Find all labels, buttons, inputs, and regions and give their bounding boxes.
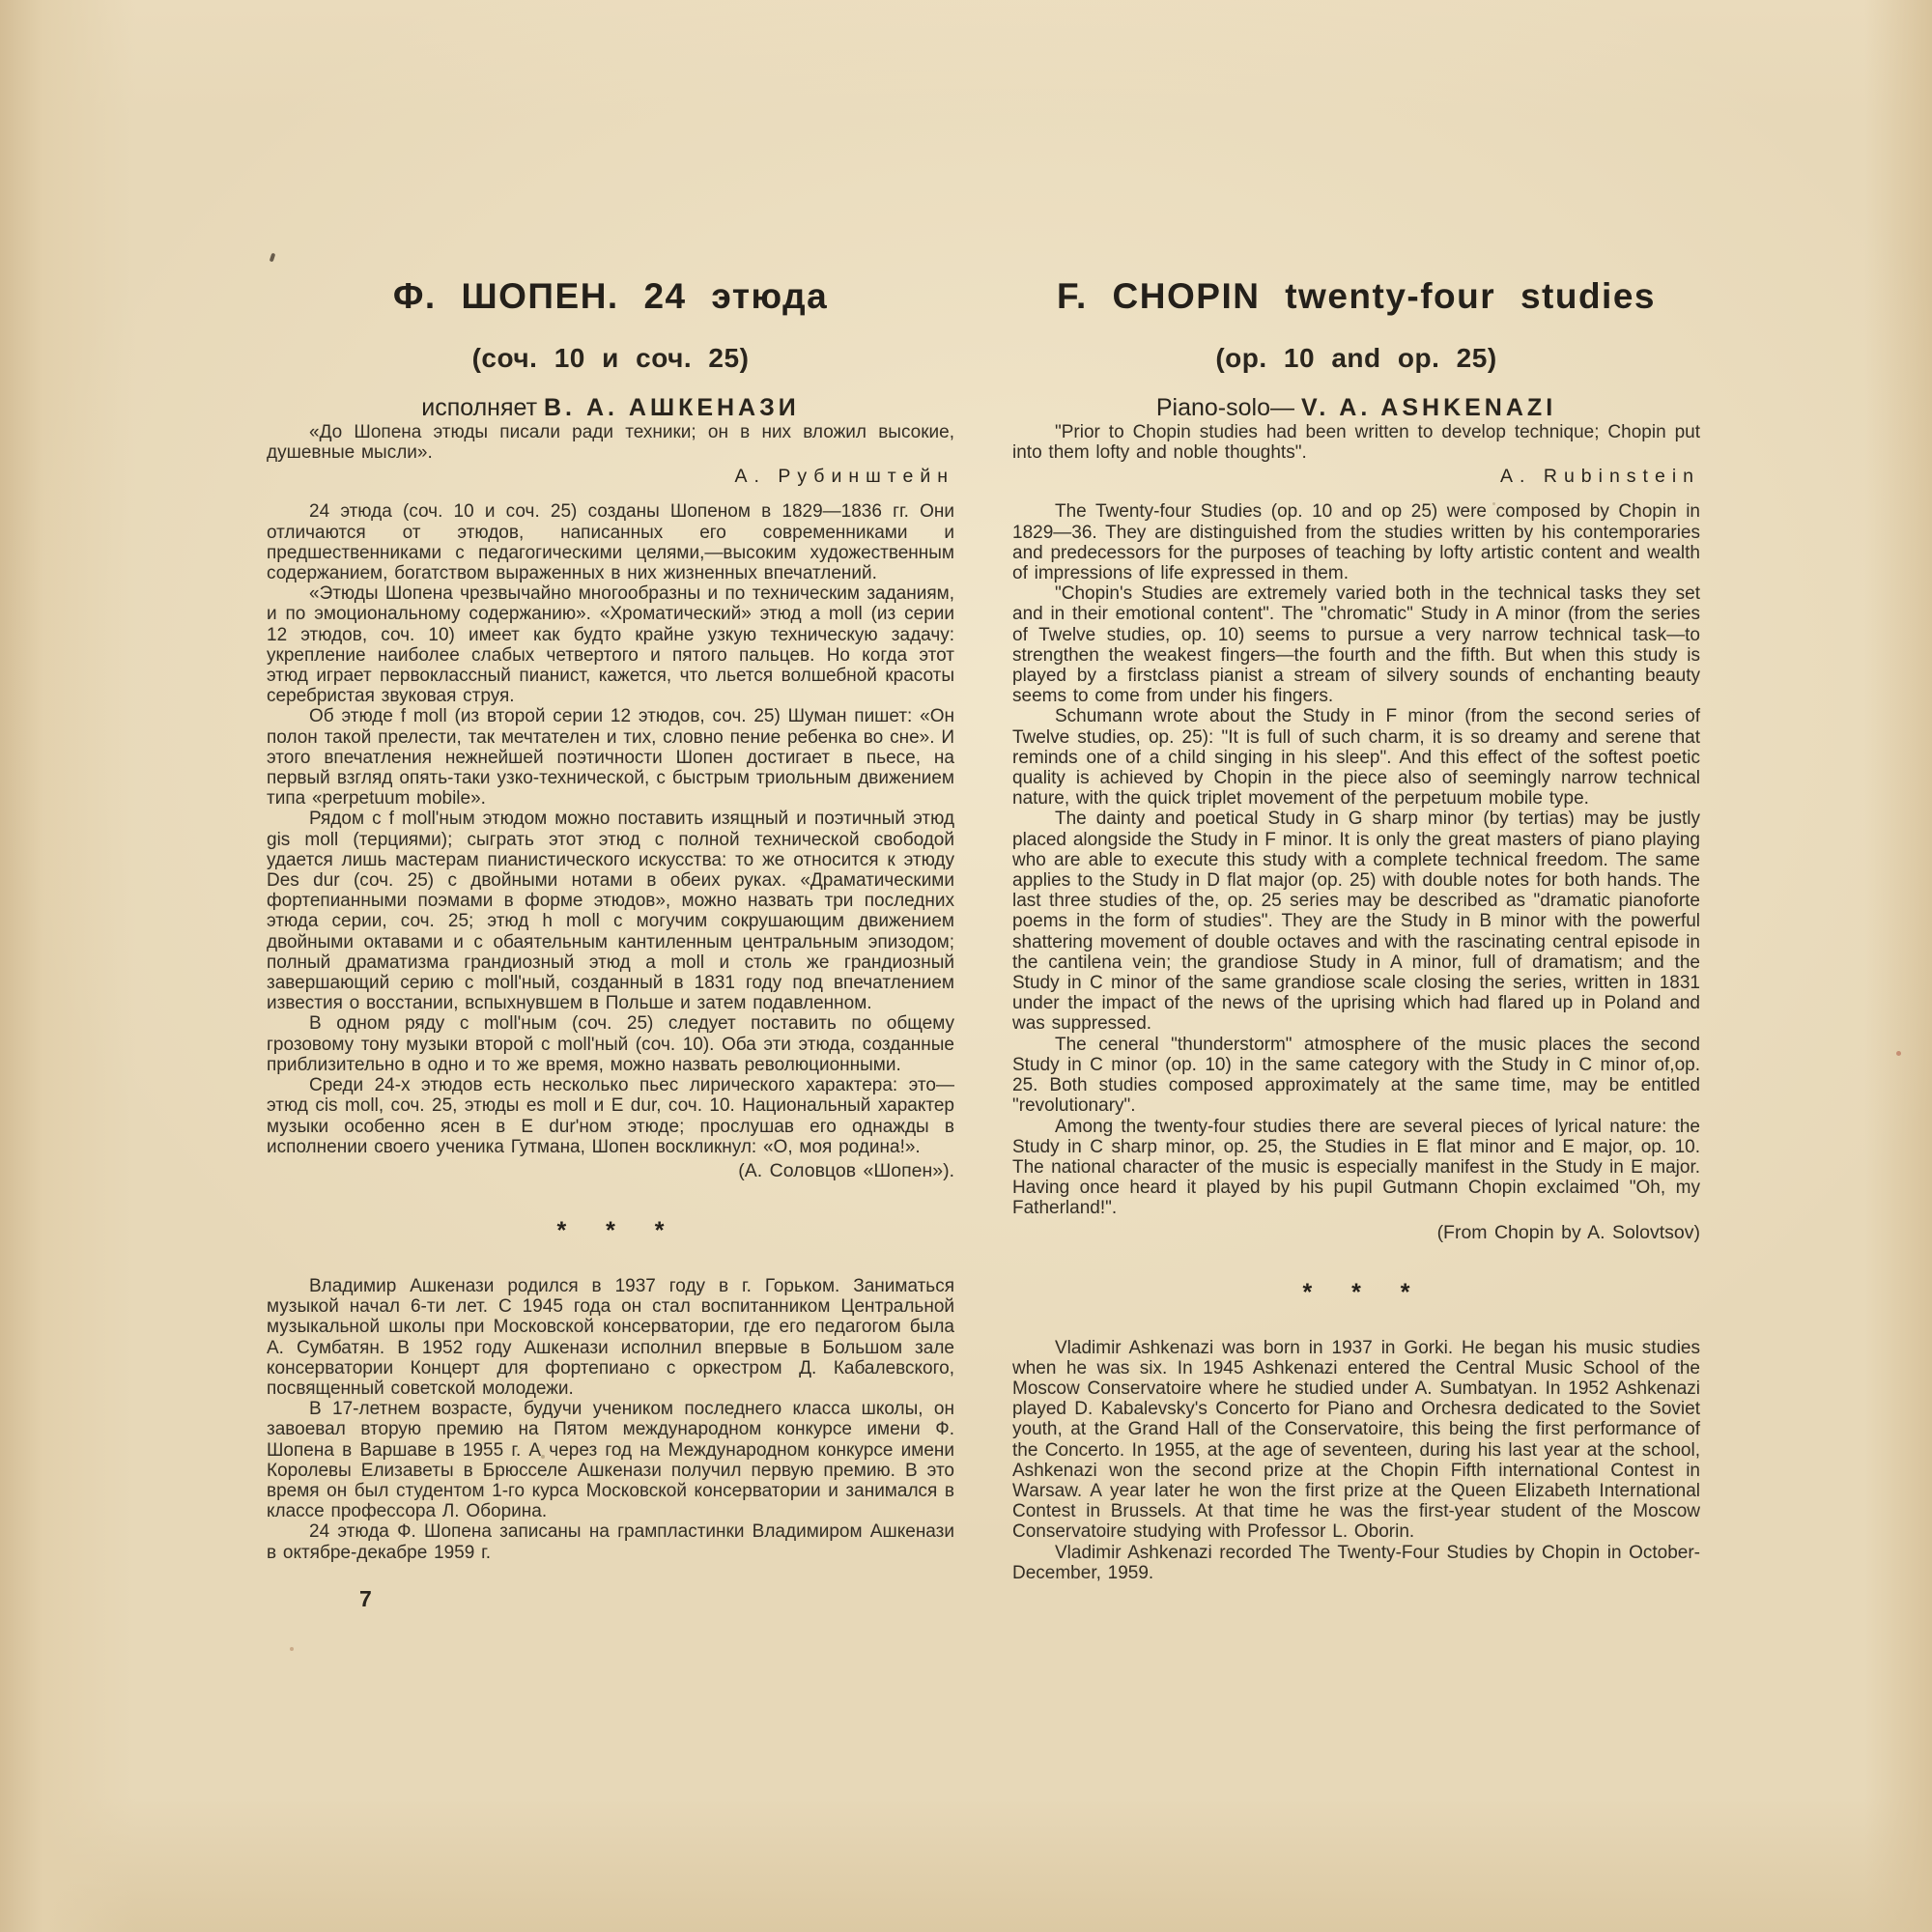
paper-speck [290,1647,294,1651]
ru-bio-paragraph-1: Владимир Ашкенази родился в 1937 году в … [267,1276,954,1399]
ru-bio-paragraph-3: 24 этюда Ф. Шопена записаны на грампласт… [267,1521,954,1562]
ru-performer-line: исполняет В. А. АШКЕНАЗИ [267,394,954,422]
en-subtitle: (op. 10 and op. 25) [1012,343,1700,374]
en-bio-paragraph-1: Vladimir Ashkenazi was born in 1937 in G… [1012,1338,1700,1543]
en-epigraph-author: A. Rubinstein [1012,466,1700,488]
ru-paragraph-5: В одном ряду с moll'ным (соч. 25) следуе… [267,1013,954,1075]
ru-epigraph-author: А. Рубинштейн [267,466,954,488]
en-section-separator: * * * [1012,1279,1700,1307]
english-column: F. CHOPIN twenty-four studies (op. 10 an… [1012,276,1700,1583]
en-paragraph-1: The Twenty-four Studies (op. 10 and op 2… [1012,501,1700,583]
russian-column: Ф. ШОПЕН. 24 этюда (соч. 10 и соч. 25) и… [267,276,954,1563]
en-performer-prefix: Piano-solo— [1156,394,1294,421]
en-performer-line: Piano-solo— V. A. ASHKENAZI [1012,394,1700,422]
ru-title: Ф. ШОПЕН. 24 этюда [267,276,954,317]
paper-speck [541,1455,545,1459]
en-paragraph-5: The ceneral "thunderstorm" atmosphere of… [1012,1035,1700,1117]
ru-subtitle: (соч. 10 и соч. 25) [267,343,954,374]
ru-performer-prefix: исполняет [421,394,537,421]
ru-section-separator: * * * [267,1217,954,1245]
ru-paragraph-2: «Этюды Шопена чрезвычайно многообразны и… [267,583,954,706]
ru-epigraph: «До Шопена этюды писали ради техники; он… [267,422,954,463]
ru-attribution: (А. Соловцов «Шопен»). [267,1160,954,1182]
paper-speck [1896,1051,1901,1056]
en-bio-paragraph-2: Vladimir Ashkenazi recorded The Twenty-F… [1012,1543,1700,1583]
liner-notes-page: Ф. ШОПЕН. 24 этюда (соч. 10 и соч. 25) и… [0,0,1932,1932]
ru-paragraph-6: Среди 24-х этюдов есть несколько пьес ли… [267,1075,954,1157]
en-performer-name: V. A. ASHKENAZI [1301,394,1556,421]
en-paragraph-3: Schumann wrote about the Study in F mino… [1012,706,1700,809]
ru-bio-paragraph-2: В 17-летнем возрасте, будучи учеником по… [267,1399,954,1521]
ru-performer-name: В. А. АШКЕНАЗИ [544,394,800,421]
ru-paragraph-4: Рядом с f moll'ным этюдом можно поставит… [267,809,954,1013]
ru-paragraph-1: 24 этюда (соч. 10 и соч. 25) созданы Шоп… [267,501,954,583]
paper-speck [270,253,276,263]
en-attribution: (From Chopin by A. Solovtsov) [1012,1222,1700,1244]
en-paragraph-4: The dainty and poetical Study in G sharp… [1012,809,1700,1034]
en-epigraph: "Prior to Chopin studies had been writte… [1012,422,1700,463]
en-paragraph-6: Among the twenty-four studies there are … [1012,1117,1700,1219]
ru-paragraph-3: Об этюде f moll (из второй серии 12 этюд… [267,706,954,809]
en-paragraph-2: "Chopin's Studies are extremely varied b… [1012,583,1700,706]
paper-speck [1492,502,1495,505]
en-title: F. CHOPIN twenty-four studies [1012,276,1700,317]
page-number: 7 [359,1586,372,1612]
